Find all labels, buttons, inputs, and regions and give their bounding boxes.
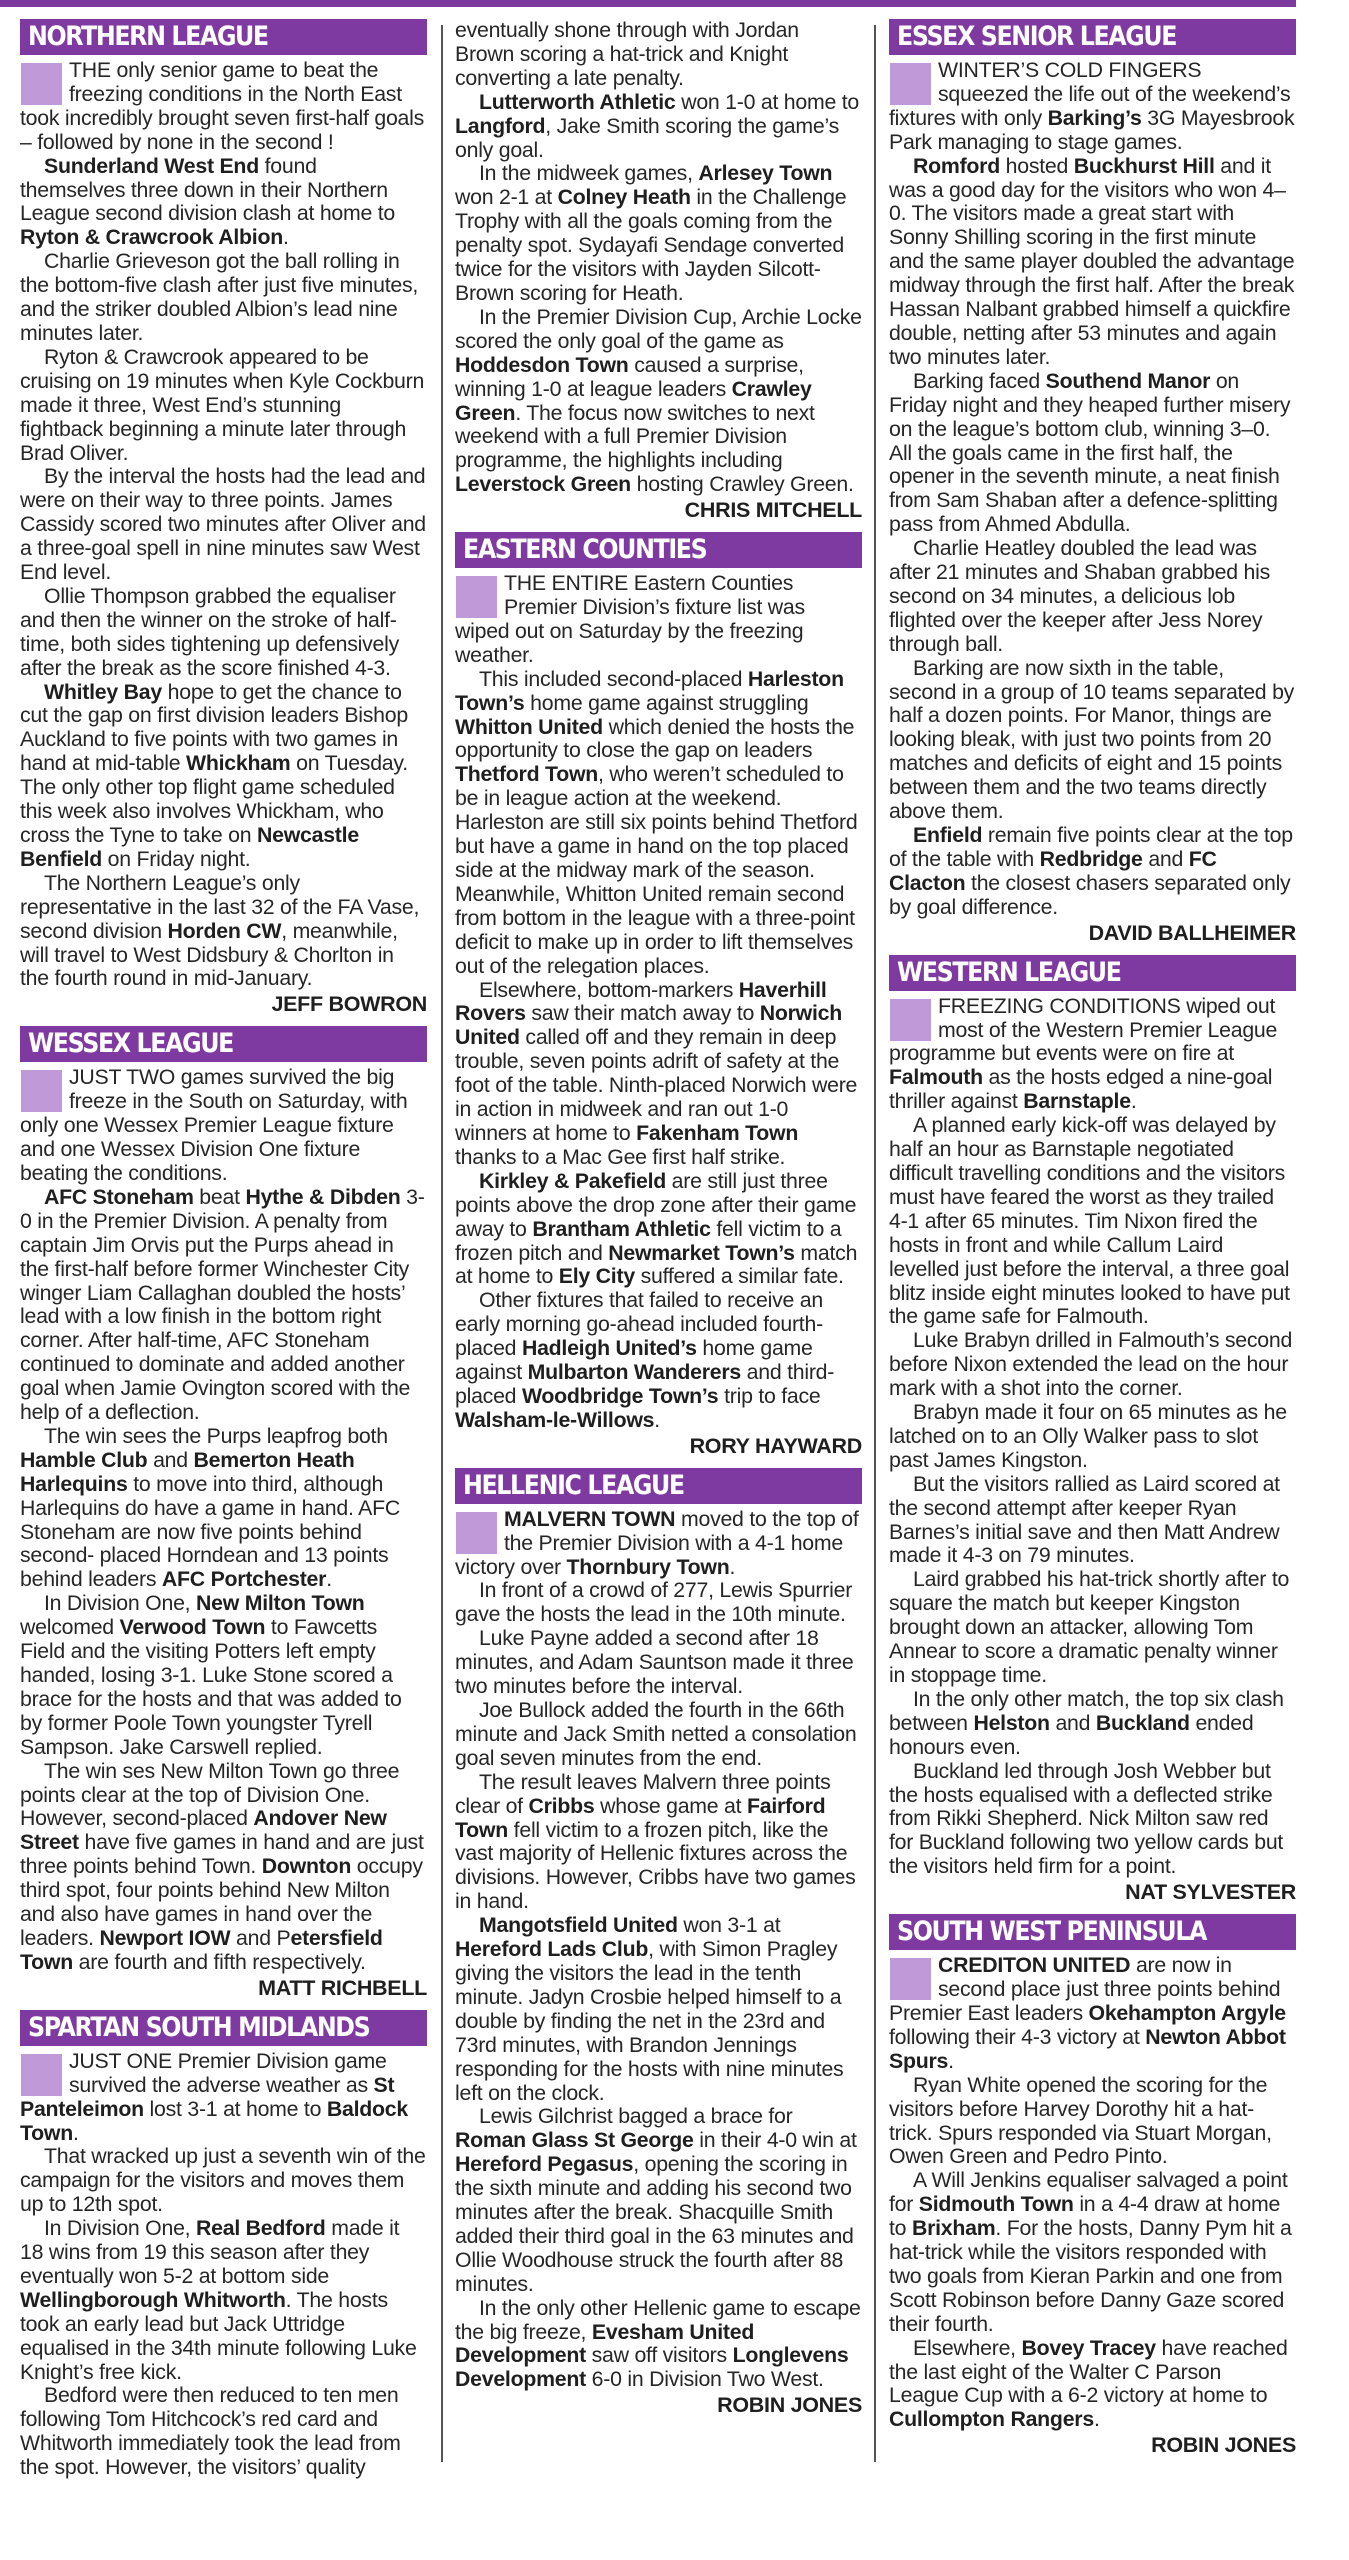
text-run: That wracked up just a seventh win of th… <box>20 2144 426 2216</box>
article-body: THE only senior game to beat the freezin… <box>20 59 427 1016</box>
section-title: SOUTH WEST PENINSULA <box>897 1914 1206 1949</box>
article-paragraph: In the only other match, the top six cla… <box>889 1688 1296 1760</box>
article-body: MALVERN TOWN moved to the top of the Pre… <box>455 1508 862 2418</box>
club-name: Ryton & Crawcrook Albion <box>20 225 283 249</box>
section-title: HELLENIC LEAGUE <box>463 1468 684 1503</box>
article-body: JUST TWO games survived the big freeze i… <box>20 1066 427 1999</box>
league-section: WESTERN LEAGUEFREEZING CONDITIONS wiped … <box>889 955 1296 1905</box>
text-run: 6-0 in Division Two West. <box>586 2367 824 2391</box>
text-run: In Division One, <box>44 2216 196 2240</box>
text-run: and <box>147 1448 193 1472</box>
club-name: New Milton Town <box>196 1591 365 1615</box>
club-name: Cribbs <box>529 1794 595 1818</box>
club-name: Wellingborough Whitworth <box>20 2288 286 2312</box>
club-name: Leverstock Green <box>455 472 631 496</box>
article-body: THE ENTIRE Eastern Counties Premier Divi… <box>455 572 862 1458</box>
article-paragraph: The result leaves Malvern three points c… <box>455 1771 862 1914</box>
club-name: Hoddesdon Town <box>455 353 629 377</box>
text-run: won 3-1 at <box>678 1913 781 1937</box>
text-run: eventually shone through with Jordan Bro… <box>455 18 799 90</box>
text-run: Brabyn made it four on 65 minutes as he … <box>889 1400 1287 1472</box>
article-paragraph: But the visitors rallied as Laird scored… <box>889 1473 1296 1569</box>
article-paragraph: The win ses New Milton Town go three poi… <box>20 1760 427 1975</box>
text-run: But the visitors rallied as Laird scored… <box>889 1472 1280 1568</box>
club-name: Brixham <box>912 2216 995 2240</box>
article-paragraph: That wracked up just a seventh win of th… <box>20 2145 427 2217</box>
text-run: Luke Brabyn drilled in Falmouth’s second… <box>889 1328 1292 1400</box>
drop-cap-box <box>890 999 931 1041</box>
club-name: Whickham <box>186 751 291 775</box>
text-run: . <box>1094 2407 1100 2431</box>
league-section: EASTERN COUNTIESTHE ENTIRE Eastern Count… <box>455 532 862 1458</box>
text-run: JUST TWO games survived the big freeze i… <box>20 1065 407 1185</box>
article-paragraph: THE only senior game to beat the freezin… <box>20 59 427 155</box>
article-paragraph: FREEZING CONDITIONS wiped out most of th… <box>889 995 1296 1115</box>
drop-cap-box <box>456 1512 497 1554</box>
club-name: Buckhurst Hill <box>1074 154 1215 178</box>
author-byline: NAT SYLVESTER <box>889 1880 1296 1904</box>
article-paragraph: Whitley Bay hope to get the chance to cu… <box>20 681 427 872</box>
club-name: Redbridge <box>1040 847 1143 871</box>
club-name: Sunderland West End <box>44 154 259 178</box>
text-run: whose game at <box>594 1794 747 1818</box>
club-name: Brantham Athletic <box>532 1217 710 1241</box>
league-section: SOUTH WEST PENINSULACREDITON UNITED are … <box>889 1914 1296 2457</box>
text-run: trip to face <box>718 1384 820 1408</box>
author-byline: MATT RICHBELL <box>20 1976 427 2000</box>
article-paragraph: Mangotsfield United won 3-1 at Hereford … <box>455 1914 862 2105</box>
text-run: welcomed <box>20 1615 120 1639</box>
club-name: Hereford Pegasus <box>455 2152 633 2176</box>
club-name: Walsham-le-Willows <box>455 1408 654 1432</box>
article-paragraph: Laird grabbed his hat-trick shortly afte… <box>889 1568 1296 1688</box>
text-run: A planned early kick-off was delayed by … <box>889 1113 1290 1328</box>
text-run: won 1-0 at home to <box>676 90 859 114</box>
text-run: are fourth and fifth respectively. <box>73 1950 366 1974</box>
article-paragraph: In Division One, New Milton Town welcome… <box>20 1592 427 1759</box>
club-name: Ely City <box>559 1264 635 1288</box>
club-name: Thornbury Town <box>567 1555 730 1579</box>
article-body: JUST ONE Premier Division game survived … <box>20 2050 427 2480</box>
text-run: . <box>729 1555 735 1579</box>
club-name: Newport IOW <box>99 1926 230 1950</box>
article-paragraph: A Will Jenkins equaliser salvaged a poin… <box>889 2169 1296 2336</box>
text-run: FREEZING CONDITIONS wiped out most of th… <box>889 994 1277 1066</box>
club-name: Roman Glass St George <box>455 2128 694 2152</box>
text-run: . <box>73 2121 79 2145</box>
text-run: Joe Bullock added the fourth in the 66th… <box>455 1698 856 1770</box>
club-name: Langford <box>455 114 545 138</box>
text-run: following their 4-3 victory at <box>889 2025 1145 2049</box>
club-name: Hereford Lads Club <box>455 1937 648 1961</box>
article-paragraph: In the midweek games, Arlesey Town won 2… <box>455 162 862 305</box>
article-paragraph: JUST TWO games survived the big freeze i… <box>20 1066 427 1186</box>
article-paragraph: This included second-placed Harleston To… <box>455 668 862 979</box>
article-body: CREDITON UNITED are now in second place … <box>889 1954 1296 2457</box>
article-paragraph: Barking are now sixth in the table, seco… <box>889 657 1296 824</box>
club-name: AFC Stoneham <box>44 1185 194 1209</box>
league-section: eventually shone through with Jordan Bro… <box>455 19 862 522</box>
club-name: AFC Portchester <box>162 1567 326 1591</box>
text-run: and it was a good day for the visitors w… <box>889 154 1294 369</box>
club-name: Enfield <box>913 823 982 847</box>
text-run: Luke Payne added a second after 18 minut… <box>455 1626 853 1698</box>
text-run: Barking faced <box>913 369 1046 393</box>
club-name: Sidmouth Town <box>919 2192 1074 2216</box>
section-title: WESSEX LEAGUE <box>28 1026 233 1061</box>
article-paragraph: Bedford were then reduced to ten men fol… <box>20 2384 427 2480</box>
text-run: saw their match away to <box>526 1001 760 1025</box>
article-paragraph: Sunderland West End found themselves thr… <box>20 155 427 251</box>
club-name: Cullompton Rangers <box>889 2407 1094 2431</box>
article-paragraph: Luke Brabyn drilled in Falmouth’s second… <box>889 1329 1296 1401</box>
club-name: Okehampton Argyle <box>1089 2001 1286 2025</box>
club-name: Southend Manor <box>1046 369 1211 393</box>
club-name: CREDITON UNITED <box>938 1953 1130 1977</box>
article-paragraph: THE ENTIRE Eastern Counties Premier Divi… <box>455 572 862 668</box>
league-section: ESSEX SENIOR LEAGUEWINTER’S COLD FINGERS… <box>889 19 1296 945</box>
article-paragraph: Ollie Thompson grabbed the equaliser and… <box>20 585 427 681</box>
text-run: . <box>283 225 289 249</box>
section-title: NORTHERN LEAGUE <box>28 19 268 54</box>
league-section: SPARTAN SOUTH MIDLANDSJUST ONE Premier D… <box>20 2010 427 2480</box>
text-run: fell victim to a frozen pitch, like the … <box>455 1818 856 1914</box>
club-name: Mangotsfield United <box>479 1913 678 1937</box>
text-run: Elsewhere, bottom-markers <box>479 978 739 1002</box>
column-left: NORTHERN LEAGUETHE only senior game to b… <box>20 19 427 2490</box>
club-name: Bovey Tracey <box>1022 2336 1156 2360</box>
article-paragraph: AFC Stoneham beat Hythe & Dibden 3-0 in … <box>20 1186 427 1425</box>
article-paragraph: Charlie Grieveson got the ball rolling i… <box>20 250 427 346</box>
text-run: Charlie Heatley doubled the lead was aft… <box>889 536 1270 656</box>
club-name: Barking’s <box>1048 106 1142 130</box>
section-header: SPARTAN SOUTH MIDLANDS <box>20 2010 427 2046</box>
author-byline: ROBIN JONES <box>455 2393 862 2417</box>
drop-cap-box <box>21 2054 62 2096</box>
text-run: In the Premier Division Cup, Archie Lock… <box>455 305 862 353</box>
club-name: Newmarket Town’s <box>608 1241 795 1265</box>
article-paragraph: Luke Payne added a second after 18 minut… <box>455 1627 862 1699</box>
article-paragraph: The win sees the Purps leapfrog both Ham… <box>20 1425 427 1592</box>
text-run: Buckland led through Josh Webber but the… <box>889 1759 1283 1879</box>
article-paragraph: In the only other Hellenic game to escap… <box>455 2297 862 2393</box>
column-divider <box>874 25 876 2462</box>
article-paragraph: JUST ONE Premier Division game survived … <box>20 2050 427 2146</box>
club-name: Arlesey Town <box>698 161 832 185</box>
club-name: Helston <box>973 1711 1049 1735</box>
club-name: Colney Heath <box>558 185 691 209</box>
club-name: Horden CW <box>168 919 282 943</box>
article-body: FREEZING CONDITIONS wiped out most of th… <box>889 995 1296 1905</box>
article-paragraph: Barking faced Southend Manor on Friday n… <box>889 370 1296 537</box>
article-paragraph: By the interval the hosts had the lead a… <box>20 465 427 585</box>
article-paragraph: WINTER’S COLD FINGERS squeezed the life … <box>889 59 1296 155</box>
text-run: Barking are now sixth in the table, seco… <box>889 656 1294 823</box>
club-name: MALVERN TOWN <box>504 1507 675 1531</box>
article-paragraph: Brabyn made it four on 65 minutes as he … <box>889 1401 1296 1473</box>
text-run: Ollie Thompson grabbed the equaliser and… <box>20 584 399 680</box>
article-paragraph: Ryton & Crawcrook appeared to be cruisin… <box>20 346 427 466</box>
drop-cap-box <box>890 1958 931 2000</box>
club-name: Falmouth <box>889 1065 983 1089</box>
club-name: Hythe & Dibden <box>245 1185 400 1209</box>
section-header: SOUTH WEST PENINSULA <box>889 1914 1296 1950</box>
section-header: ESSEX SENIOR LEAGUE <box>889 19 1296 55</box>
text-run: Lewis Gilchrist bagged a brace for <box>479 2104 792 2128</box>
article-paragraph: MALVERN TOWN moved to the top of the Pre… <box>455 1508 862 1580</box>
club-name: Hamble Club <box>20 1448 147 1472</box>
club-name: Thetford Town <box>455 762 598 786</box>
article-paragraph: Enfield remain five points clear at the … <box>889 824 1296 920</box>
text-run: By the interval the hosts had the lead a… <box>20 464 426 584</box>
article-paragraph: eventually shone through with Jordan Bro… <box>455 19 862 91</box>
article-paragraph: Kirkley & Pakefield are still just three… <box>455 1170 862 1290</box>
column-right: ESSEX SENIOR LEAGUEWINTER’S COLD FINGERS… <box>889 19 1296 2467</box>
text-run: beat <box>194 1185 246 1209</box>
article-paragraph: In the Premier Division Cup, Archie Lock… <box>455 306 862 497</box>
article-paragraph: Charlie Heatley doubled the lead was aft… <box>889 537 1296 657</box>
article-paragraph: Elsewhere, Bovey Tracey have reached the… <box>889 2337 1296 2433</box>
club-name: Lutterworth Athletic <box>479 90 676 114</box>
article-body: WINTER’S COLD FINGERS squeezed the life … <box>889 59 1296 945</box>
text-run: Laird grabbed his hat-trick shortly afte… <box>889 1567 1289 1687</box>
club-name: Fakenham Town <box>636 1121 798 1145</box>
text-run: . <box>326 1567 332 1591</box>
club-name: Hadleigh United’s <box>522 1336 697 1360</box>
text-run: Ryton & Crawcrook appeared to be cruisin… <box>20 345 424 465</box>
text-run: In front of a crowd of 277, Lewis Spurri… <box>455 1578 852 1626</box>
author-byline: DAVID BALLHEIMER <box>889 921 1296 945</box>
article-paragraph: Romford hosted Buckhurst Hill and it was… <box>889 155 1296 370</box>
text-run: The win sees the Purps leapfrog both <box>44 1424 388 1448</box>
text-run: on Friday night. <box>102 847 250 871</box>
text-run: suffered a similar fate. <box>635 1264 844 1288</box>
article-paragraph: Ryan White opened the scoring for the vi… <box>889 2074 1296 2170</box>
text-run: saw off visitors <box>586 2343 733 2367</box>
article-paragraph: Elsewhere, bottom-markers Haverhill Rove… <box>455 979 862 1170</box>
text-run: thanks to a Mac Gee first half strike. <box>455 1145 785 1169</box>
article-paragraph: The Northern League’s only representativ… <box>20 872 427 992</box>
text-run: on Friday night and they heaped further … <box>889 369 1290 536</box>
author-byline: ROBIN JONES <box>889 2433 1296 2457</box>
section-header: HELLENIC LEAGUE <box>455 1468 862 1504</box>
drop-cap-box <box>21 1070 62 1112</box>
column-middle: eventually shone through with Jordan Bro… <box>455 19 862 2427</box>
text-run: Bedford were then reduced to ten men fol… <box>20 2383 401 2479</box>
text-run: and <box>1143 847 1189 871</box>
section-title: WESTERN LEAGUE <box>897 955 1121 990</box>
section-title: SPARTAN SOUTH MIDLANDS <box>28 2010 369 2045</box>
text-run: JUST ONE Premier Division game survived … <box>69 2049 387 2097</box>
text-run: . <box>1131 1089 1137 1113</box>
text-run: home game against struggling <box>524 691 808 715</box>
club-name: Barnstaple <box>1023 1089 1131 1113</box>
article-paragraph: Lewis Gilchrist bagged a brace for Roman… <box>455 2105 862 2296</box>
club-name: Woodbridge Town’s <box>522 1384 718 1408</box>
text-run: and <box>1050 1711 1096 1735</box>
club-name: Kirkley & Pakefield <box>479 1169 666 1193</box>
drop-cap-box <box>456 576 497 618</box>
section-header: WESTERN LEAGUE <box>889 955 1296 991</box>
article-paragraph: In Division One, Real Bedford made it 18… <box>20 2217 427 2384</box>
club-name: Romford <box>913 154 1000 178</box>
text-run: won 2-1 at <box>455 185 558 209</box>
author-byline: JEFF BOWRON <box>20 992 427 1016</box>
article-paragraph: Joe Bullock added the fourth in the 66th… <box>455 1699 862 1771</box>
article-paragraph: Other fixtures that failed to receive an… <box>455 1289 862 1432</box>
article-paragraph: A planned early kick-off was delayed by … <box>889 1114 1296 1329</box>
section-header: EASTERN COUNTIES <box>455 532 862 568</box>
text-run: hosted <box>1000 154 1074 178</box>
club-name: Downton <box>262 1854 351 1878</box>
drop-cap-box <box>21 63 62 105</box>
text-run: 3-0 in the Premier Division. A penalty f… <box>20 1185 425 1424</box>
section-title: EASTERN COUNTIES <box>463 532 706 567</box>
club-name: Real Bedford <box>196 2216 326 2240</box>
column-divider <box>441 25 443 2462</box>
article-paragraph: CREDITON UNITED are now in second place … <box>889 1954 1296 2074</box>
club-name: Mulbarton Wanderers <box>528 1360 741 1384</box>
section-header: NORTHERN LEAGUE <box>20 19 427 55</box>
text-run: THE ENTIRE Eastern Counties Premier Divi… <box>455 571 805 667</box>
text-run: and P <box>230 1926 290 1950</box>
drop-cap-box <box>890 63 931 105</box>
author-byline: RORY HAYWARD <box>455 1434 862 1458</box>
text-run: In the midweek games, <box>479 161 698 185</box>
article-body: eventually shone through with Jordan Bro… <box>455 19 862 522</box>
text-run: Ryan White opened the scoring for the vi… <box>889 2073 1272 2169</box>
text-run: Charlie Grieveson got the ball rolling i… <box>20 249 418 345</box>
club-name: Verwood Town <box>120 1615 266 1639</box>
text-run: . <box>654 1408 660 1432</box>
text-run: . <box>948 2049 954 2073</box>
club-name: Buckland <box>1096 1711 1190 1735</box>
league-section: WESSEX LEAGUEJUST TWO games survived the… <box>20 1026 427 1999</box>
club-name: Whitley Bay <box>44 680 162 704</box>
section-header: WESSEX LEAGUE <box>20 1026 427 1062</box>
text-run: , who weren’t scheduled to be in league … <box>455 762 857 977</box>
section-title: ESSEX SENIOR LEAGUE <box>897 19 1176 54</box>
text-run: in their 4-0 win at <box>694 2128 857 2152</box>
article-paragraph: In front of a crowd of 277, Lewis Spurri… <box>455 1579 862 1627</box>
article-paragraph: Buckland led through Josh Webber but the… <box>889 1760 1296 1880</box>
league-section: HELLENIC LEAGUEMALVERN TOWN moved to the… <box>455 1468 862 2418</box>
author-byline: CHRIS MITCHELL <box>455 498 862 522</box>
top-accent-bar <box>0 0 1296 7</box>
club-name: Whitton United <box>455 715 603 739</box>
text-run: Elsewhere, <box>913 2336 1022 2360</box>
text-run: hosting Crawley Green. <box>631 472 854 496</box>
text-run: In Division One, <box>44 1591 196 1615</box>
article-paragraph: Lutterworth Athletic won 1-0 at home to … <box>455 91 862 163</box>
league-section: NORTHERN LEAGUETHE only senior game to b… <box>20 19 427 1016</box>
text-run: This included second-placed <box>479 667 748 691</box>
text-run: lost 3-1 at home to <box>144 2097 327 2121</box>
text-run: , with Simon Pragley giving the visitors… <box>455 1937 843 2104</box>
text-run: THE only senior game to beat the freezin… <box>20 58 424 154</box>
